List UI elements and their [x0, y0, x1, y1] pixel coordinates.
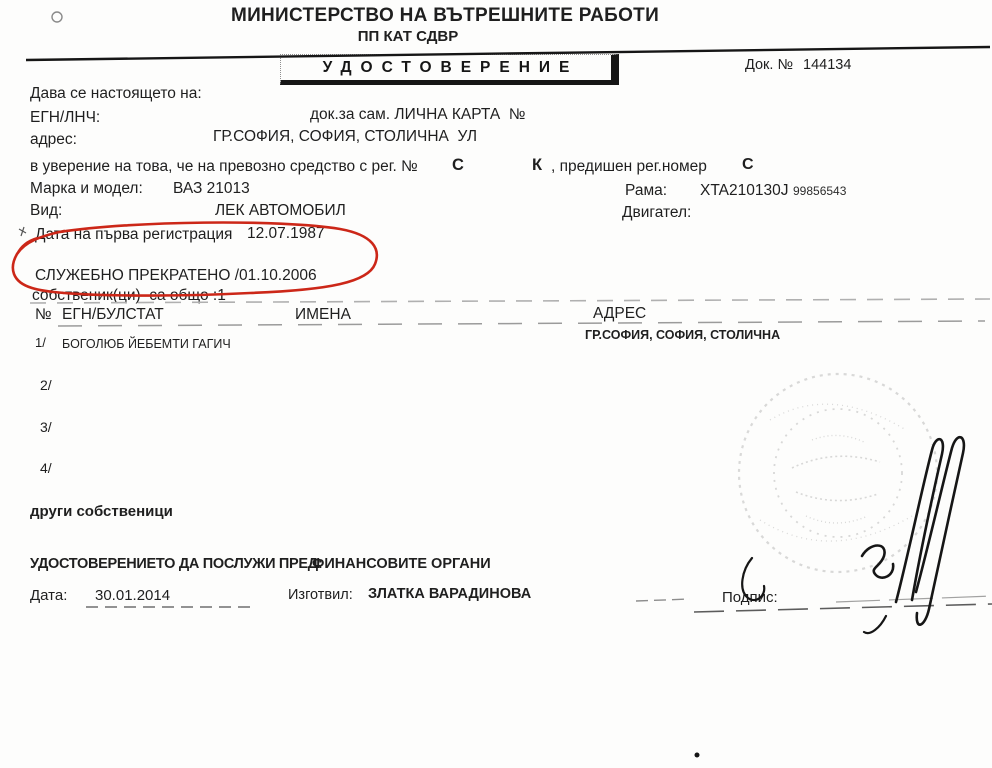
certificate-title: УДОСТОВЕРЕНИЕ — [314, 59, 579, 77]
table-row-2-no: 2/ — [40, 377, 52, 393]
table-col-address: АДРЕС — [593, 305, 646, 323]
toner-speck — [695, 753, 700, 758]
address-label: адрес: — [30, 131, 77, 149]
engine-label: Двигател: — [622, 204, 691, 222]
frame-label: Рама: — [625, 182, 667, 200]
first-registration-date: 12.07.1987 — [247, 225, 325, 243]
reg-letter-1: С — [452, 156, 464, 175]
doc-number-label: Док. № — [745, 57, 793, 73]
table-col-names: ИМЕНА — [295, 306, 351, 324]
terminated-text: СЛУЖЕБНО ПРЕКРАТЕНО /01.10.2006 — [35, 267, 317, 285]
first-registration-label: Дата на първа регистрация — [35, 226, 232, 244]
purpose-value: ФИНАНСОВИТЕ ОРГАНИ — [312, 556, 491, 573]
table-row-4-no: 4/ — [40, 460, 52, 476]
table-col-egn: ЕГН/БУЛСТАТ — [62, 306, 164, 324]
prev-reg-letter: С — [742, 156, 754, 174]
date-value: 30.01.2014 — [95, 587, 170, 604]
footer-small-dash — [636, 599, 690, 601]
owner-address: ГР.СОФИЯ, СОФИЯ, СТОЛИЧНА — [585, 328, 780, 342]
table-header-dashed-rule — [58, 321, 985, 326]
table-row-1-name: БОГОЛЮБ ЙЕБЕМТИ ГАГИЧ — [62, 337, 231, 351]
signature-label: Подпис: — [722, 589, 778, 606]
red-circle-annotation-tail — [17, 238, 37, 254]
punch-hole-mark — [52, 12, 62, 22]
purpose-label: УДОСТОВЕРЕНИЕТО ДА ПОСЛУЖИ ПРЕД: — [30, 556, 322, 573]
table-row-1-no: 1/ — [35, 336, 46, 351]
type-value: ЛЕК АВТОМОБИЛ — [215, 202, 346, 220]
table-col-no: № — [35, 306, 52, 324]
egn-label: ЕГН/ЛНЧ: — [30, 109, 100, 127]
doc-number-line: Док. №144134 — [745, 57, 851, 74]
frame-value-small: 99856543 — [793, 185, 846, 199]
issued-to-label: Дава се настоящето на: — [30, 85, 202, 103]
ministry-title: МИНИСТЕРСТВО НА ВЪТРЕШНИТЕ РАБОТИ — [90, 5, 800, 27]
prepared-by-label: Изготвил: — [288, 587, 353, 604]
type-label: Вид: — [30, 202, 62, 220]
doc-number-value: 144134 — [803, 57, 851, 73]
department-title: ПП КАТ СДВР — [90, 28, 726, 45]
certificate-document: МИНИСТЕРСТВО НА ВЪТРЕШНИТЕ РАБОТИ ПП КАТ… — [0, 0, 992, 768]
official-stamp — [739, 374, 937, 572]
attest-prefix: в уверение на това, че на превозно средс… — [30, 158, 418, 176]
certificate-title-box: УДОСТОВЕРЕНИЕ — [280, 54, 619, 85]
margin-mark — [19, 227, 26, 236]
table-row-3-no: 3/ — [40, 419, 52, 435]
attest-suffix: , предишен рег.номер — [551, 158, 707, 176]
owners-count-text: собственик(ци) са общо :1 — [32, 287, 226, 305]
address-value: ГР.СОФИЯ, СОФИЯ, СТОЛИЧНА УЛ — [213, 128, 477, 146]
prepared-by-underline — [836, 596, 992, 602]
make-label: Марка и модел: — [30, 180, 143, 198]
date-label: Дата: — [30, 587, 67, 604]
id-document-text: док.за сам. ЛИЧНА КАРТА № — [310, 106, 525, 124]
other-owners-label: други собственици — [30, 503, 173, 520]
reg-letter-2: К — [532, 156, 542, 175]
frame-value: XTA210130J — [700, 182, 788, 200]
prepared-by-value: ЗЛАТКА ВАРАДИНОВА — [368, 586, 531, 603]
make-value: ВАЗ 21013 — [173, 180, 250, 198]
